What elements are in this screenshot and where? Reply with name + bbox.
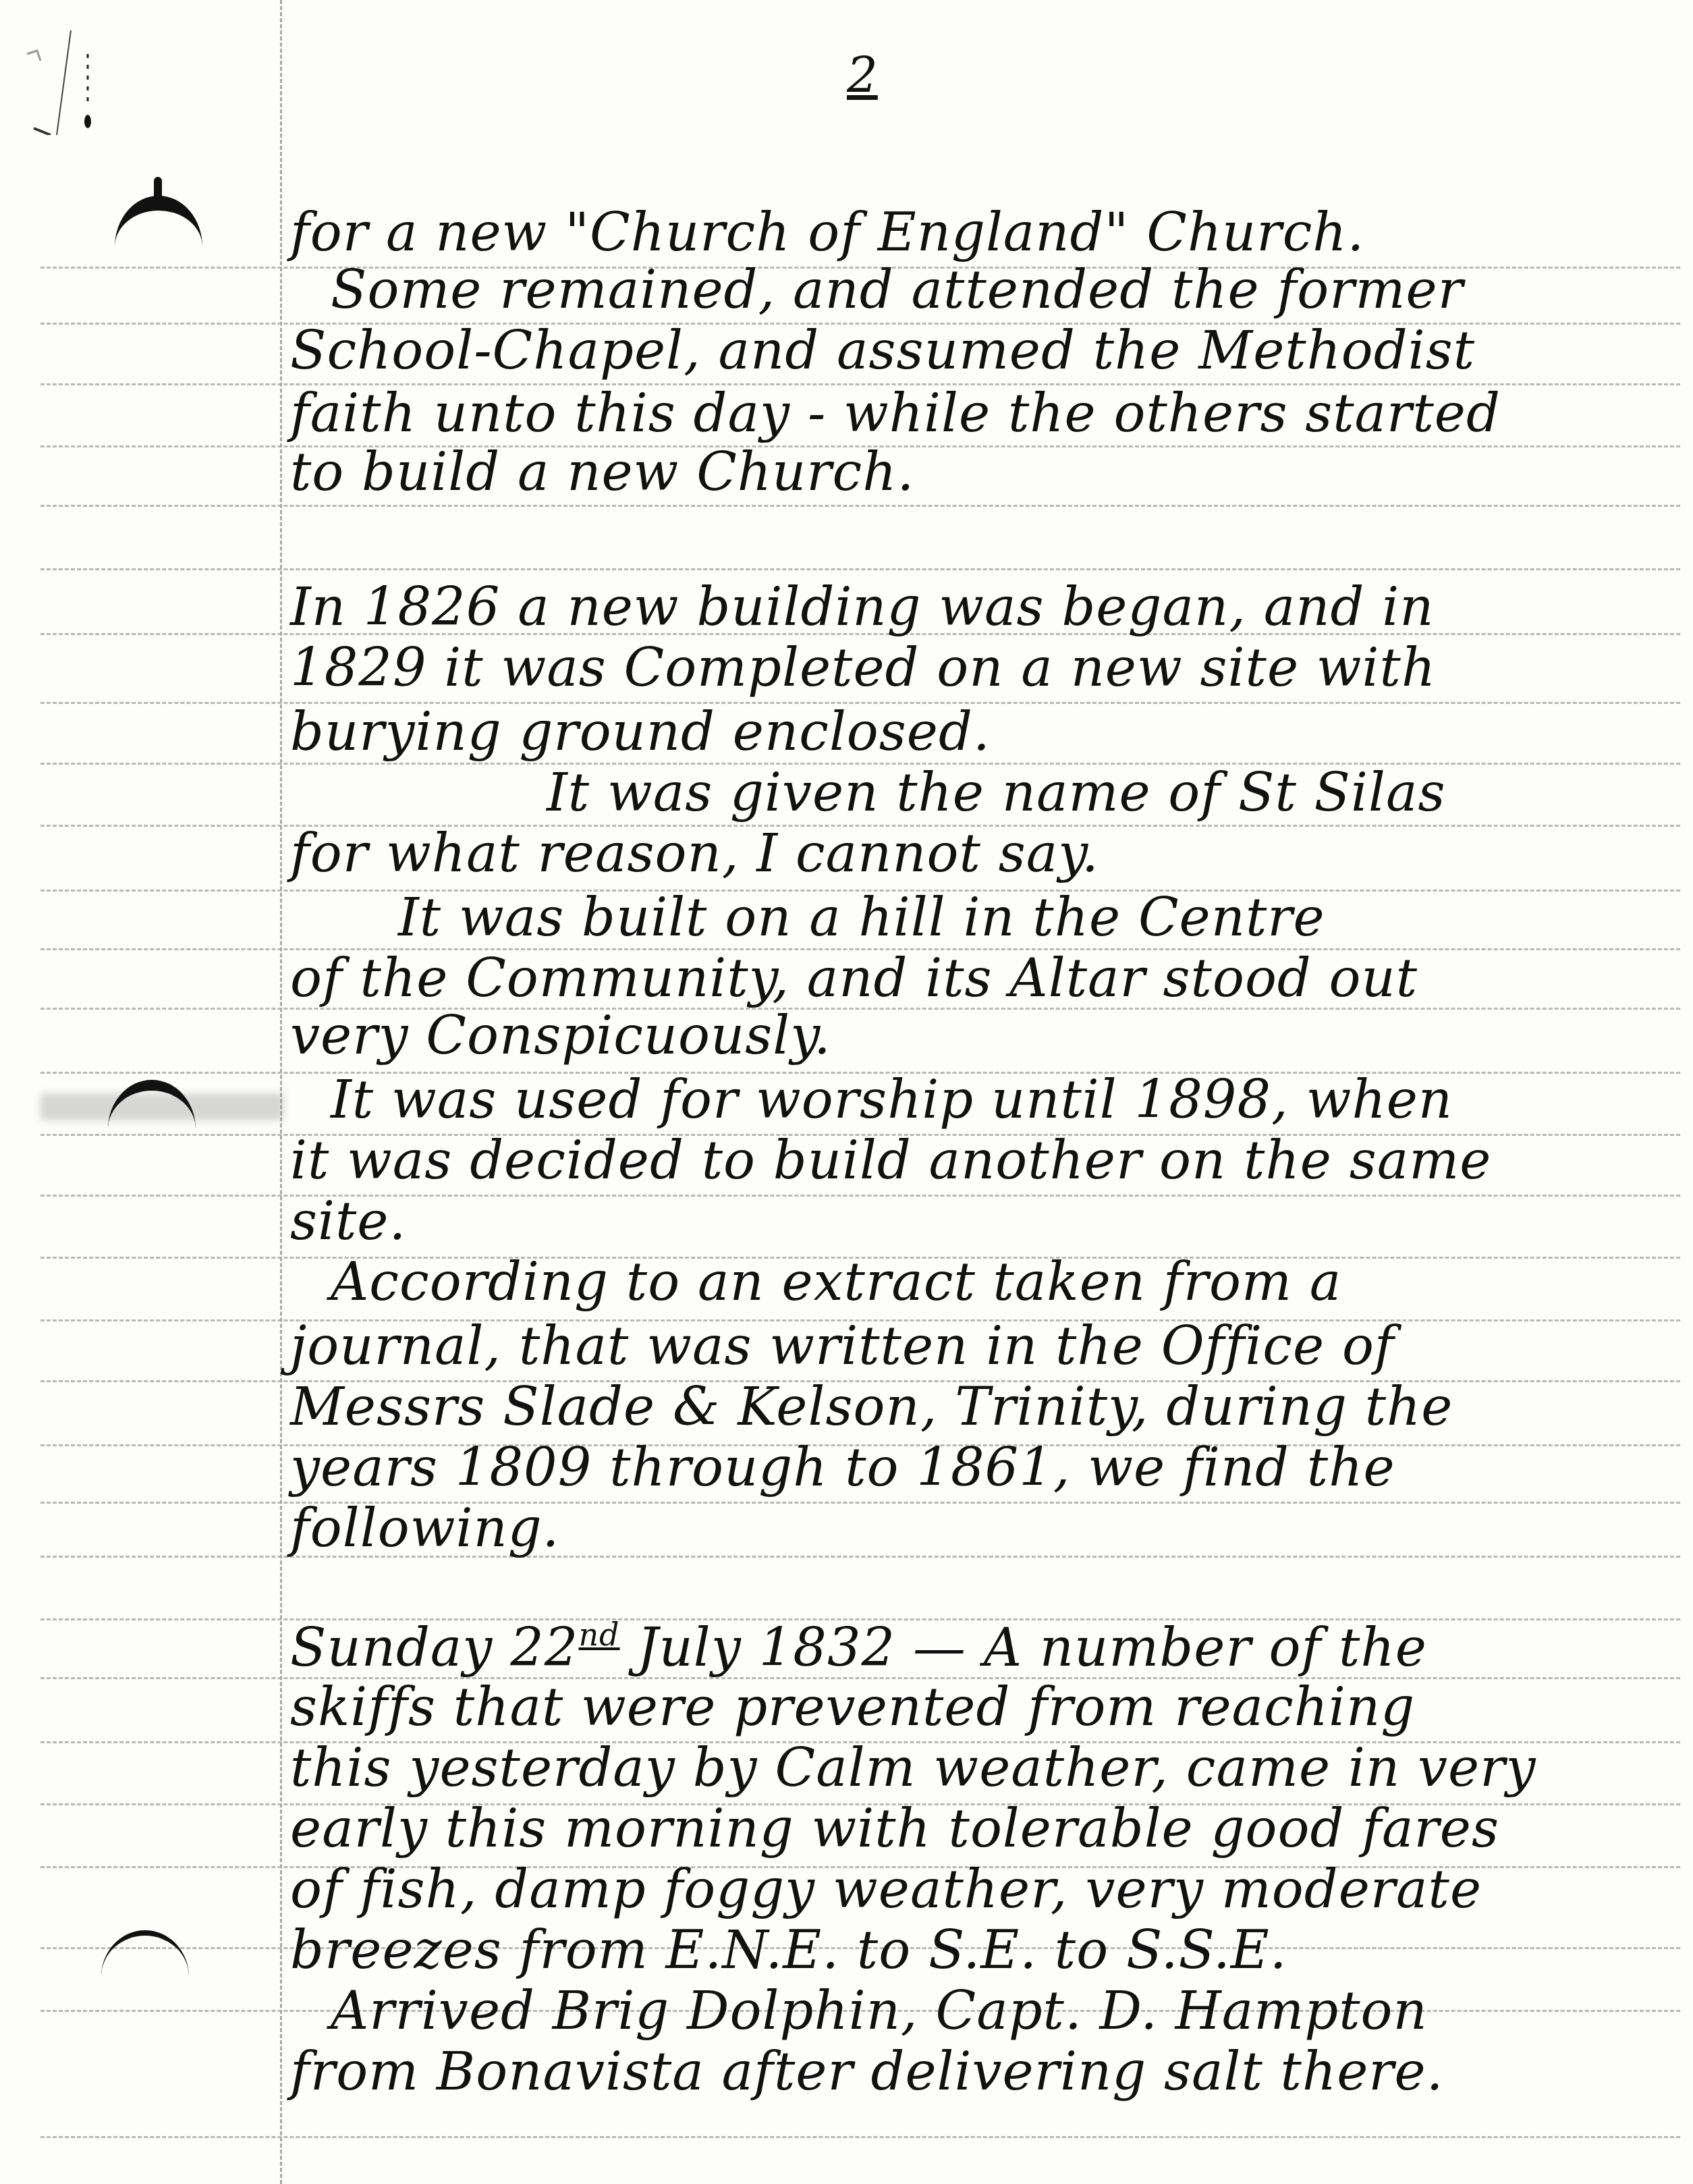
text-line: from Bonavista after delivering salt the… [290, 2042, 1444, 2102]
text-line: for what reason, I cannot say. [290, 823, 1099, 884]
text-line: journal, that was written in the Office … [290, 1316, 1395, 1377]
text-line: It was used for worship until 1898, when [331, 1070, 1453, 1130]
text-line: skiffs that were prevented from reaching [290, 1677, 1415, 1738]
corner-pen-mark [13, 20, 135, 135]
entry-day: 22 [510, 1618, 578, 1678]
entry-day-name: Sunday [290, 1618, 493, 1678]
margin-line [280, 0, 282, 2184]
binder-hole-icon [108, 1080, 196, 1178]
text-line: for a new "Church of England" Church. [290, 202, 1364, 263]
ruled-line [40, 505, 1680, 507]
text-line: It was built on a hill in the Centre [398, 888, 1325, 948]
text-line: Some remained, and attended the former [331, 260, 1464, 321]
entry-date-rest: July 1832 — A number of the [637, 1618, 1427, 1678]
text-line: this yesterday by Calm weather, came in … [290, 1738, 1536, 1799]
binder-hole-icon [115, 196, 202, 298]
text-line: Arrived Brig Dolphin, Capt. D. Hampton [331, 1981, 1428, 2042]
text-line: breezes from E.N.E. to S.E. to S.S.E. [290, 1920, 1287, 1981]
text-line: faith unto this day - while the others s… [290, 383, 1501, 444]
entry-day-suffix: nd [578, 1616, 619, 1653]
text-line: In 1826 a new building was began, and in [290, 577, 1434, 638]
entry-date-line: Sunday 22nd July 1832 — A number of the [290, 1616, 1427, 1678]
text-line: burying ground enclosed. [290, 702, 991, 763]
ruled-line [40, 2136, 1680, 2138]
text-line: site. [290, 1191, 406, 1252]
text-line: years 1809 through to 1861, we find the [290, 1438, 1395, 1498]
text-line: following. [290, 1498, 559, 1559]
text-line: it was decided to build another on the s… [290, 1130, 1491, 1191]
text-line: to build a new Church. [290, 442, 914, 503]
text-line: of the Community, and its Altar stood ou… [290, 948, 1418, 1009]
text-line: It was given the name of St Silas [547, 763, 1445, 823]
text-line: of fish, damp foggy weather, very modera… [290, 1859, 1482, 1920]
ruled-line [40, 568, 1680, 570]
ruled-line [40, 1195, 1680, 1197]
page-number: 2 [847, 47, 878, 104]
text-line: Messrs Slade & Kelson, Trinity, during t… [290, 1377, 1453, 1438]
text-line: 1829 it was Completed on a new site with [290, 638, 1436, 699]
text-line: According to an extract taken from a [331, 1252, 1341, 1313]
ruled-line [40, 1556, 1680, 1558]
notebook-page: 2 for a new "Church of England" Church. … [0, 0, 1693, 2184]
text-line: very Conspicuously. [290, 1006, 831, 1066]
text-line: early this morning with tolerable good f… [290, 1799, 1499, 1859]
binder-hole-icon [101, 1930, 189, 2023]
text-line: School-Chapel, and assumed the Methodist [290, 321, 1475, 381]
ruled-line [40, 1502, 1680, 1504]
